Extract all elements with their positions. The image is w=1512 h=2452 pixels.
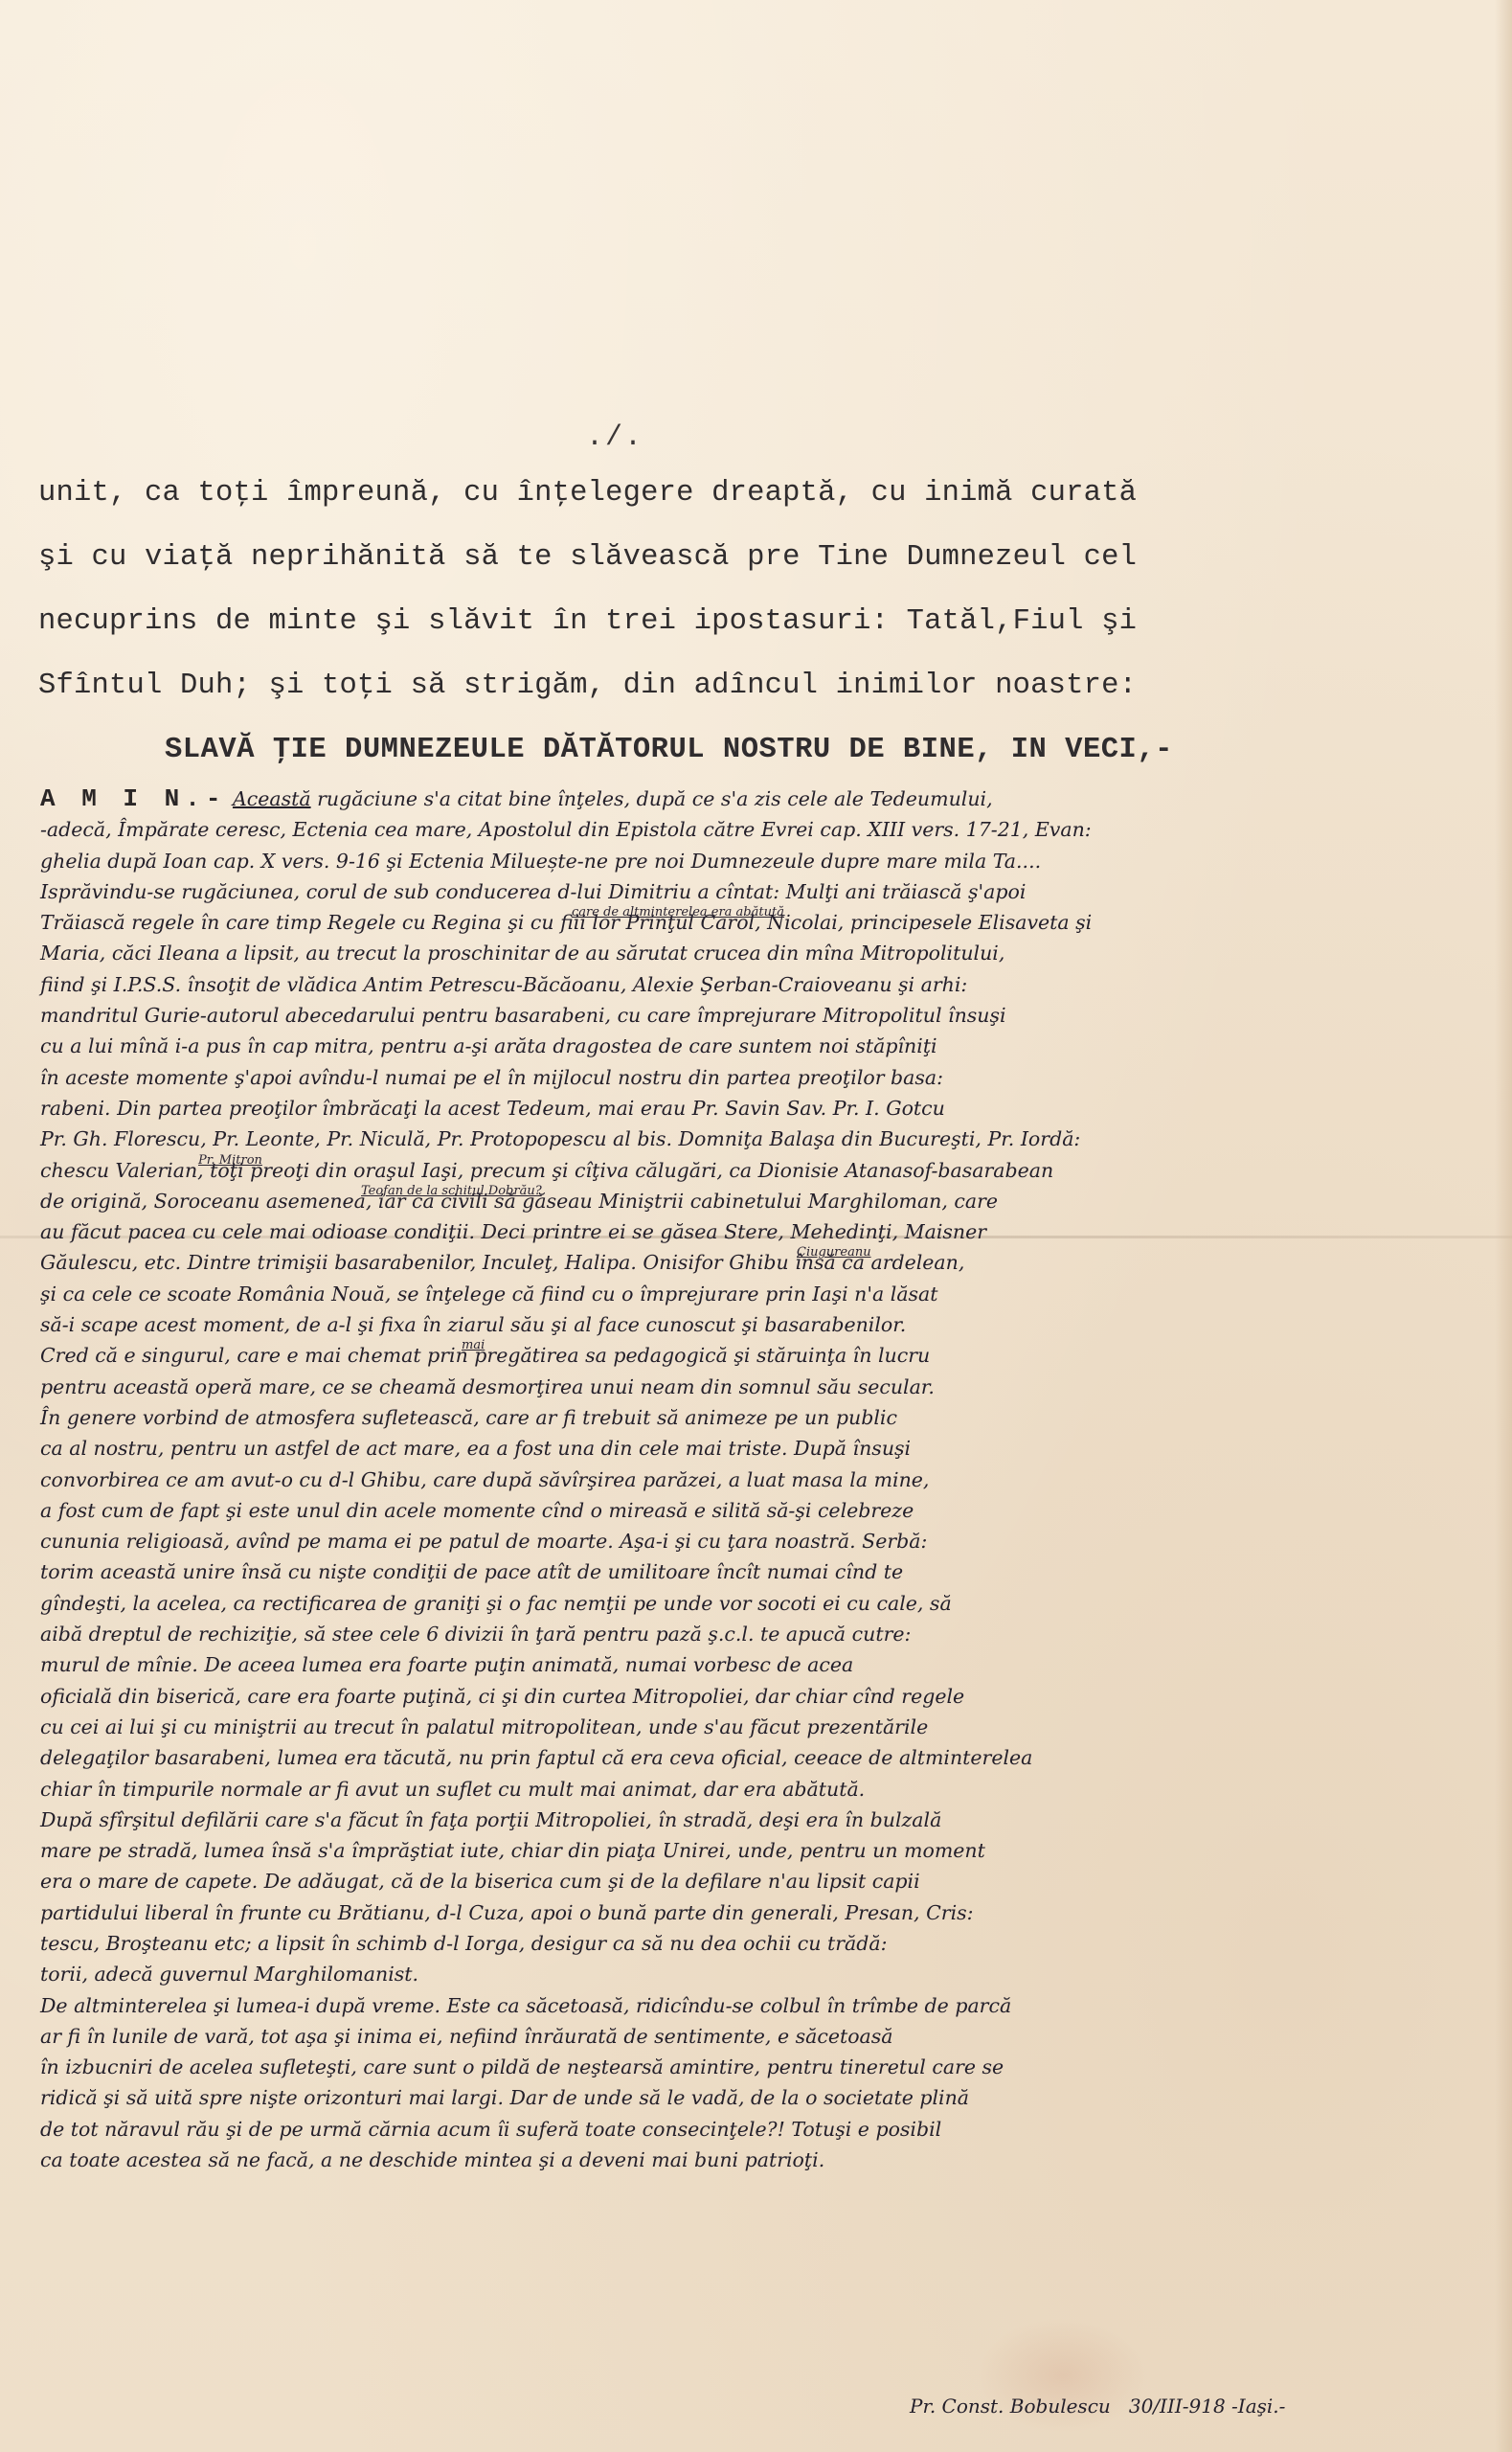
- interlinear-note: mai: [462, 1330, 485, 1361]
- handwritten-line: De altminterelea şi lumea-i după vreme. …: [40, 1990, 1381, 2021]
- handwritten-line-first: A M I N.- Această rugăciune s'a citat bi…: [40, 783, 1381, 814]
- typed-line: Sfîntul Duh; şi toţi să strigăm, din adî…: [38, 664, 1398, 728]
- handwritten-line: În genere vorbind de atmosfera sufleteas…: [40, 1402, 1381, 1433]
- handwritten-line: cununia religioasă, avînd pe mama ei pe …: [40, 1526, 1381, 1556]
- amin-typed: A M I N.-: [40, 784, 226, 813]
- handwritten-line: şi ca cele ce scoate România Nouă, se în…: [40, 1279, 1381, 1309]
- handwritten-line: mandritul Gurie-autorul abecedarului pen…: [40, 1000, 1381, 1031]
- handwritten-line: să-i scape acest moment, de a-l şi fixa …: [40, 1309, 1381, 1340]
- signature-name: Pr. Const. Bobulescu: [910, 2395, 1111, 2418]
- handwritten-line: ca toate acestea să ne facă, a ne deschi…: [40, 2145, 1381, 2175]
- scanned-document-page: ./. unit, ca toţi împreună, cu înţeleger…: [0, 0, 1512, 2452]
- handwritten-line: torim această unire însă cu nişte condiţ…: [40, 1556, 1381, 1587]
- interlinear-note: Ciugureanu: [797, 1237, 871, 1268]
- handwritten-line: de tot năravul rău şi de pe urmă cărnia …: [40, 2114, 1381, 2145]
- first-handwritten-word: Această: [233, 787, 311, 810]
- handwritten-line: care de altminterelea era abătută Trăias…: [40, 907, 1381, 938]
- handwritten-line: convorbirea ce am avut-o cu d-l Ghibu, c…: [40, 1464, 1381, 1495]
- handwritten-line: Pr. Mitron chescu Valerian, toţi preoţi …: [40, 1155, 1381, 1186]
- handwritten-line: delegaţilor basarabeni, lumea era tăcută…: [40, 1742, 1381, 1773]
- handwritten-line: cu cei ai lui şi cu miniştrii au trecut …: [40, 1712, 1381, 1742]
- interlinear-note: Teofan de la schitul Dobrău?: [361, 1176, 542, 1207]
- handwritten-line: rabeni. Din partea preoţilor îmbrăcaţi l…: [40, 1093, 1381, 1124]
- signature-block: Pr. Const. Bobulescu 30/III-918 -Iaşi.-: [910, 2395, 1285, 2418]
- handwritten-line: [40, 2175, 1381, 2206]
- handwritten-line: tescu, Broşteanu etc; a lipsit în schimb…: [40, 1928, 1381, 1959]
- handwritten-line: chiar în timpurile normale ar fi avut un…: [40, 1774, 1381, 1805]
- handwritten-line: era o mare de capete. De adăugat, că de …: [40, 1866, 1381, 1896]
- handwritten-line: torii, adecă guvernul Marghilomanist.: [40, 1959, 1381, 1989]
- handwritten-line: mai Cred că e singurul, care e mai chema…: [40, 1340, 1381, 1371]
- handwritten-line: pentru această operă mare, ce se cheamă …: [40, 1372, 1381, 1402]
- handwritten-line: au făcut pacea cu cele mai odioase condi…: [40, 1216, 1381, 1247]
- typewritten-section: unit, ca toţi împreună, cu înţelegere dr…: [38, 471, 1398, 792]
- handwritten-line: în izbucniri de acelea sufleteşti, care …: [40, 2052, 1381, 2082]
- handwritten-line: ca al nostru, pentru un astfel de act ma…: [40, 1433, 1381, 1464]
- handwritten-line: gîndeşti, la acelea, ca rectificarea de …: [40, 1588, 1381, 1619]
- interlinear-note: Pr. Mitron: [198, 1146, 262, 1176]
- handwritten-section: A M I N.- Această rugăciune s'a citat bi…: [40, 783, 1381, 2207]
- doxology-line: SLAVĂ ŢIE DUMNEZEULE DĂTĂTORUL NOSTRU DE…: [38, 728, 1398, 792]
- handwritten-line: După sfîrşitul defilării care s'a făcut …: [40, 1805, 1381, 1835]
- interlinear-note: care de altminterelea era abătută: [572, 897, 784, 928]
- handwritten-line: fiind şi I.P.S.S. însoţit de vlădica Ant…: [40, 969, 1381, 1000]
- handwritten-line: ghelia după Ioan cap. X vers. 9-16 şi Ec…: [40, 846, 1381, 876]
- handwritten-line: ridică şi să uită spre nişte orizonturi …: [40, 2082, 1381, 2113]
- handwritten-text: rugăciune s'a citat bine înţeles, după c…: [317, 787, 992, 810]
- handwritten-line: -adecă, Împărate ceresc, Ectenia cea mar…: [40, 814, 1381, 845]
- handwritten-text: Trăiască regele în care timp Regele cu R…: [40, 911, 1092, 934]
- handwritten-line: în aceste momente ş'apoi avîndu-l numai …: [40, 1062, 1381, 1093]
- typed-line: necuprins de minte şi slăvit în trei ipo…: [38, 600, 1398, 664]
- paper-edge-shadow: [1495, 0, 1512, 2452]
- typed-line: şi cu viaţă neprihănită să te slăvească …: [38, 535, 1398, 600]
- handwritten-line: mare pe stradă, lumea însă s'a împrăştia…: [40, 1835, 1381, 1866]
- handwritten-line: cu a lui mînă i-a pus în cap mitra, pent…: [40, 1031, 1381, 1061]
- handwritten-text: chescu Valerian, toţi preoţi din oraşul …: [40, 1159, 1053, 1182]
- handwritten-line: ar fi în lunile de vară, tot aşa şi inim…: [40, 2021, 1381, 2052]
- signature-date-place: 30/III-918 -Iaşi.-: [1129, 2395, 1286, 2418]
- handwritten-text: Cred că e singurul, care e mai chemat pr…: [40, 1344, 930, 1367]
- handwritten-line: aibă dreptul de rechiziţie, să stee cele…: [40, 1619, 1381, 1649]
- handwritten-line: Ciugureanu Găulescu, etc. Dintre trimişi…: [40, 1247, 1381, 1278]
- handwritten-line: Maria, căci Ileana a lipsit, au trecut l…: [40, 938, 1381, 968]
- handwritten-line: Teofan de la schitul Dobrău? de origină,…: [40, 1186, 1381, 1216]
- typed-line: unit, ca toţi împreună, cu înţelegere dr…: [38, 471, 1398, 535]
- handwritten-line: a fost cum de fapt şi este unul din acel…: [40, 1495, 1381, 1526]
- handwritten-line: murul de mînie. De aceea lumea era foart…: [40, 1649, 1381, 1680]
- page-number: ./.: [586, 421, 643, 454]
- handwritten-line: partidului liberal în frunte cu Brătianu…: [40, 1897, 1381, 1928]
- handwritten-line: oficială din biserică, care era foarte p…: [40, 1681, 1381, 1712]
